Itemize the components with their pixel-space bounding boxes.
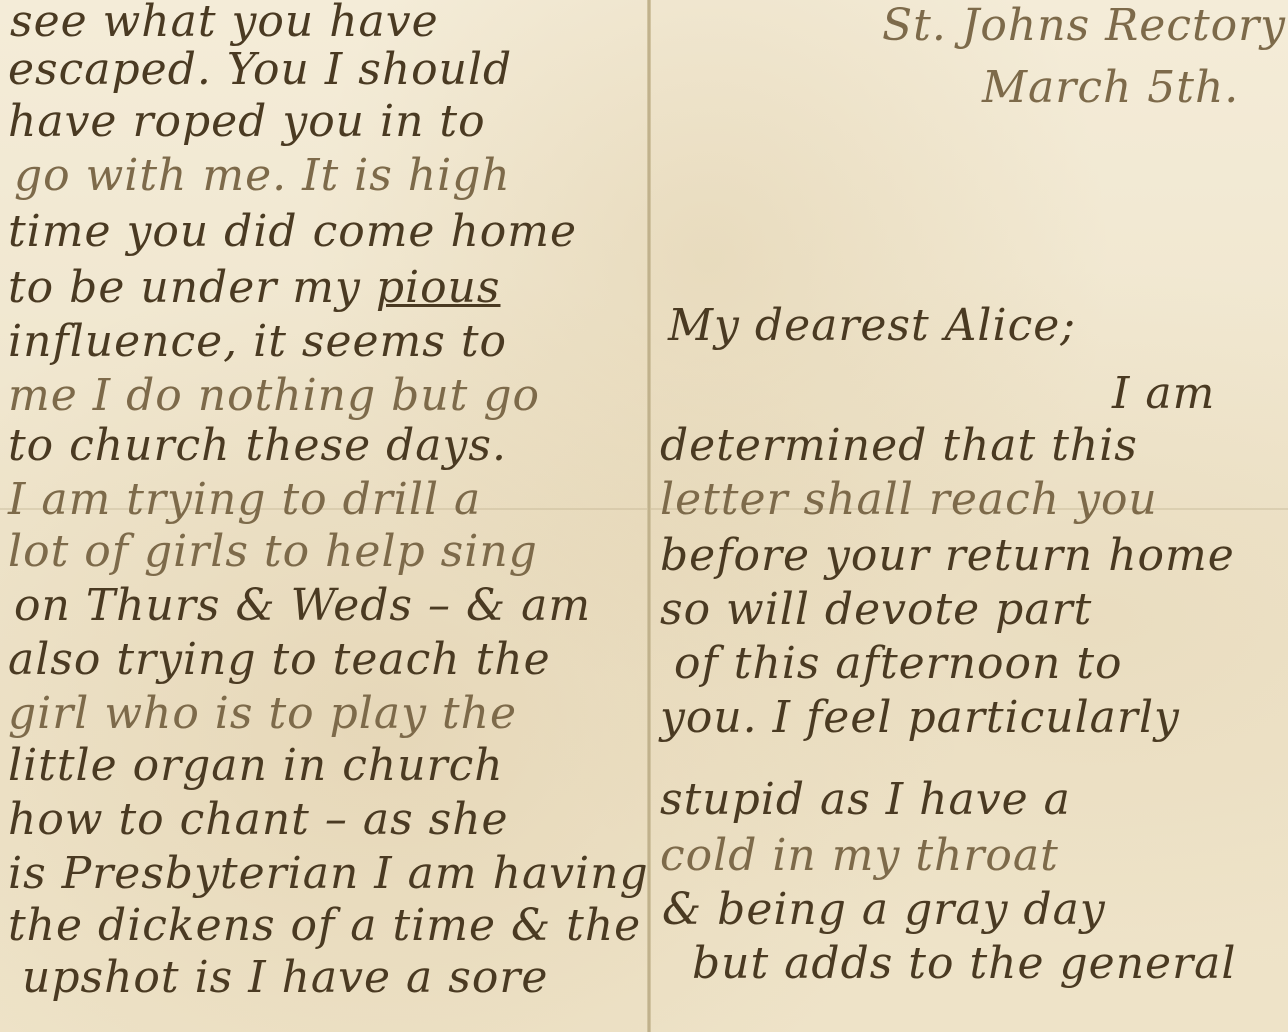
left-line-10: I am trying to drill a bbox=[8, 474, 481, 525]
left-line-15: little organ in church bbox=[8, 740, 504, 791]
left-page: see what you have escaped. You I should … bbox=[0, 0, 648, 1032]
left-line-19: upshot is I have a sore bbox=[22, 952, 548, 1003]
left-line-7: influence, it seems to bbox=[8, 316, 507, 367]
left-line-11: lot of girls to help sing bbox=[8, 526, 538, 577]
letter-spread: see what you have escaped. You I should … bbox=[0, 0, 1288, 1032]
left-line-18: the dickens of a time & the bbox=[8, 900, 641, 951]
left-line-14: girl who is to play the bbox=[8, 688, 517, 739]
heading-date: March 5th. bbox=[982, 62, 1239, 113]
left-line-2: escaped. You I should bbox=[8, 44, 512, 95]
right-line-2: determined that this bbox=[660, 420, 1138, 471]
left-line-17: is Presbyterian I am having bbox=[8, 848, 649, 899]
heading-place: St. Johns Rectory bbox=[882, 0, 1286, 51]
right-page: St. Johns Rectory March 5th. My dearest … bbox=[652, 0, 1288, 1032]
right-line-4: before your return home bbox=[660, 530, 1235, 581]
left-line-16: how to chant – as she bbox=[8, 794, 509, 845]
right-line-1: I am bbox=[1112, 368, 1215, 419]
right-line-11: but adds to the general bbox=[692, 938, 1236, 989]
left-line-6: to be under my pious bbox=[8, 262, 500, 313]
left-line-13: also trying to teach the bbox=[8, 634, 551, 685]
left-line-12: on Thurs & Weds – & am bbox=[14, 580, 591, 631]
underlined-word: pious bbox=[376, 262, 501, 313]
left-line-5: time you did come home bbox=[8, 206, 577, 257]
left-line-8: me I do nothing but go bbox=[8, 370, 540, 421]
right-line-10: & being a gray day bbox=[662, 884, 1106, 935]
right-line-8: stupid as I have a bbox=[660, 774, 1071, 825]
right-line-3: letter shall reach you bbox=[660, 474, 1158, 525]
right-line-5: so will devote part bbox=[660, 584, 1092, 635]
left-line-3: have roped you in to bbox=[8, 96, 486, 147]
left-line-9: to church these days. bbox=[8, 420, 507, 471]
left-line-1: see what you have bbox=[10, 0, 439, 47]
center-fold bbox=[647, 0, 651, 1032]
right-line-6: of this afternoon to bbox=[674, 638, 1123, 689]
left-line-6-text: to be under my pious bbox=[8, 262, 500, 313]
right-line-7: you. I feel particularly bbox=[660, 692, 1180, 743]
salutation: My dearest Alice; bbox=[668, 300, 1076, 351]
right-line-9: cold in my throat bbox=[660, 830, 1059, 881]
left-line-4: go with me. It is high bbox=[14, 150, 511, 201]
